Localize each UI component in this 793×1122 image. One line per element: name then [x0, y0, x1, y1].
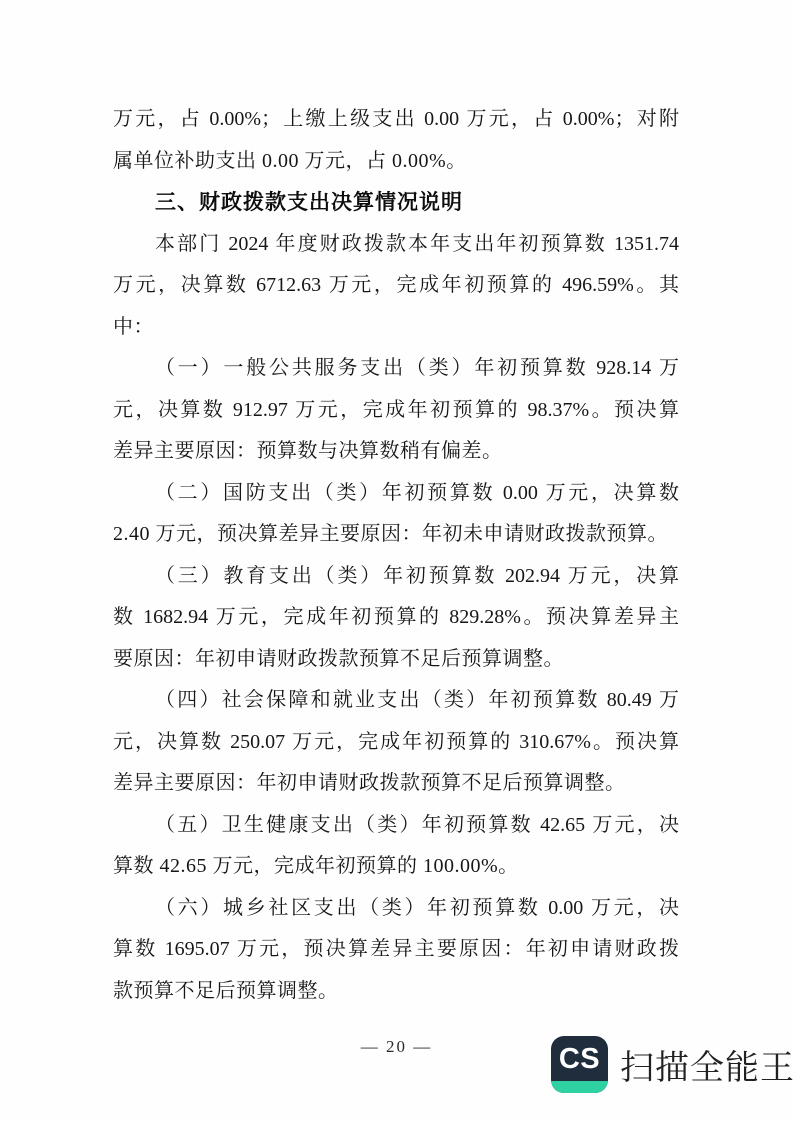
camscanner-brand-name: 扫描全能王	[620, 1040, 793, 1089]
section-heading: 三、财政拨款支出决算情况说明	[113, 182, 679, 224]
text-line: 万元，决算数 6712.63 万元，完成年初预算的 496.59%。其	[113, 265, 679, 307]
camscanner-logo-icon: CS	[551, 1036, 608, 1093]
text-line: 本部门 2024 年度财政拨款本年支出年初预算数 1351.74	[113, 224, 679, 266]
text-line: （一）一般公共服务支出（类）年初预算数 928.14 万	[113, 348, 679, 390]
text-line: 差异主要原因：年初申请财政拨款预算不足后预算调整。	[113, 763, 679, 805]
cs-logo-accent-strip	[551, 1081, 608, 1093]
text-line: 算数 42.65 万元，完成年初预算的 100.00%。	[113, 846, 679, 888]
text-line: 属单位补助支出 0.00 万元，占 0.00%。	[113, 141, 679, 183]
text-line: 元，决算数 912.97 万元，完成年初预算的 98.37%。预决算	[113, 390, 679, 432]
text-line: 元，决算数 250.07 万元，完成年初预算的 310.67%。预决算	[113, 722, 679, 764]
text-line: 数 1682.94 万元，完成年初预算的 829.28%。预决算差异主	[113, 597, 679, 639]
text-line: 万元，占 0.00%；上缴上级支出 0.00 万元，占 0.00%；对附	[113, 99, 679, 141]
text-line: （五）卫生健康支出（类）年初预算数 42.65 万元，决	[113, 805, 679, 847]
text-line: 差异主要原因：预算数与决算数稍有偏差。	[113, 431, 679, 473]
document-text-block: 万元，占 0.00%；上缴上级支出 0.00 万元，占 0.00%；对附 属单位…	[113, 99, 679, 1012]
text-line: （三）教育支出（类）年初预算数 202.94 万元，决算	[113, 556, 679, 598]
text-line: 要原因：年初申请财政拨款预算不足后预算调整。	[113, 639, 679, 681]
text-line: 算数 1695.07 万元，预决算差异主要原因：年初申请财政拨	[113, 929, 679, 971]
text-line: （六）城乡社区支出（类）年初预算数 0.00 万元，决	[113, 888, 679, 930]
text-line: （四）社会保障和就业支出（类）年初预算数 80.49 万	[113, 680, 679, 722]
camscanner-watermark: CS 扫描全能王	[551, 1036, 793, 1093]
cs-logo-initials: CS	[551, 1036, 608, 1082]
text-line: 款预算不足后预算调整。	[113, 971, 679, 1013]
text-line: 中：	[113, 307, 679, 349]
text-line: 2.40 万元，预决算差异主要原因：年初未申请财政拨款预算。	[113, 514, 679, 556]
text-line: （二）国防支出（类）年初预算数 0.00 万元，决算数	[113, 473, 679, 515]
